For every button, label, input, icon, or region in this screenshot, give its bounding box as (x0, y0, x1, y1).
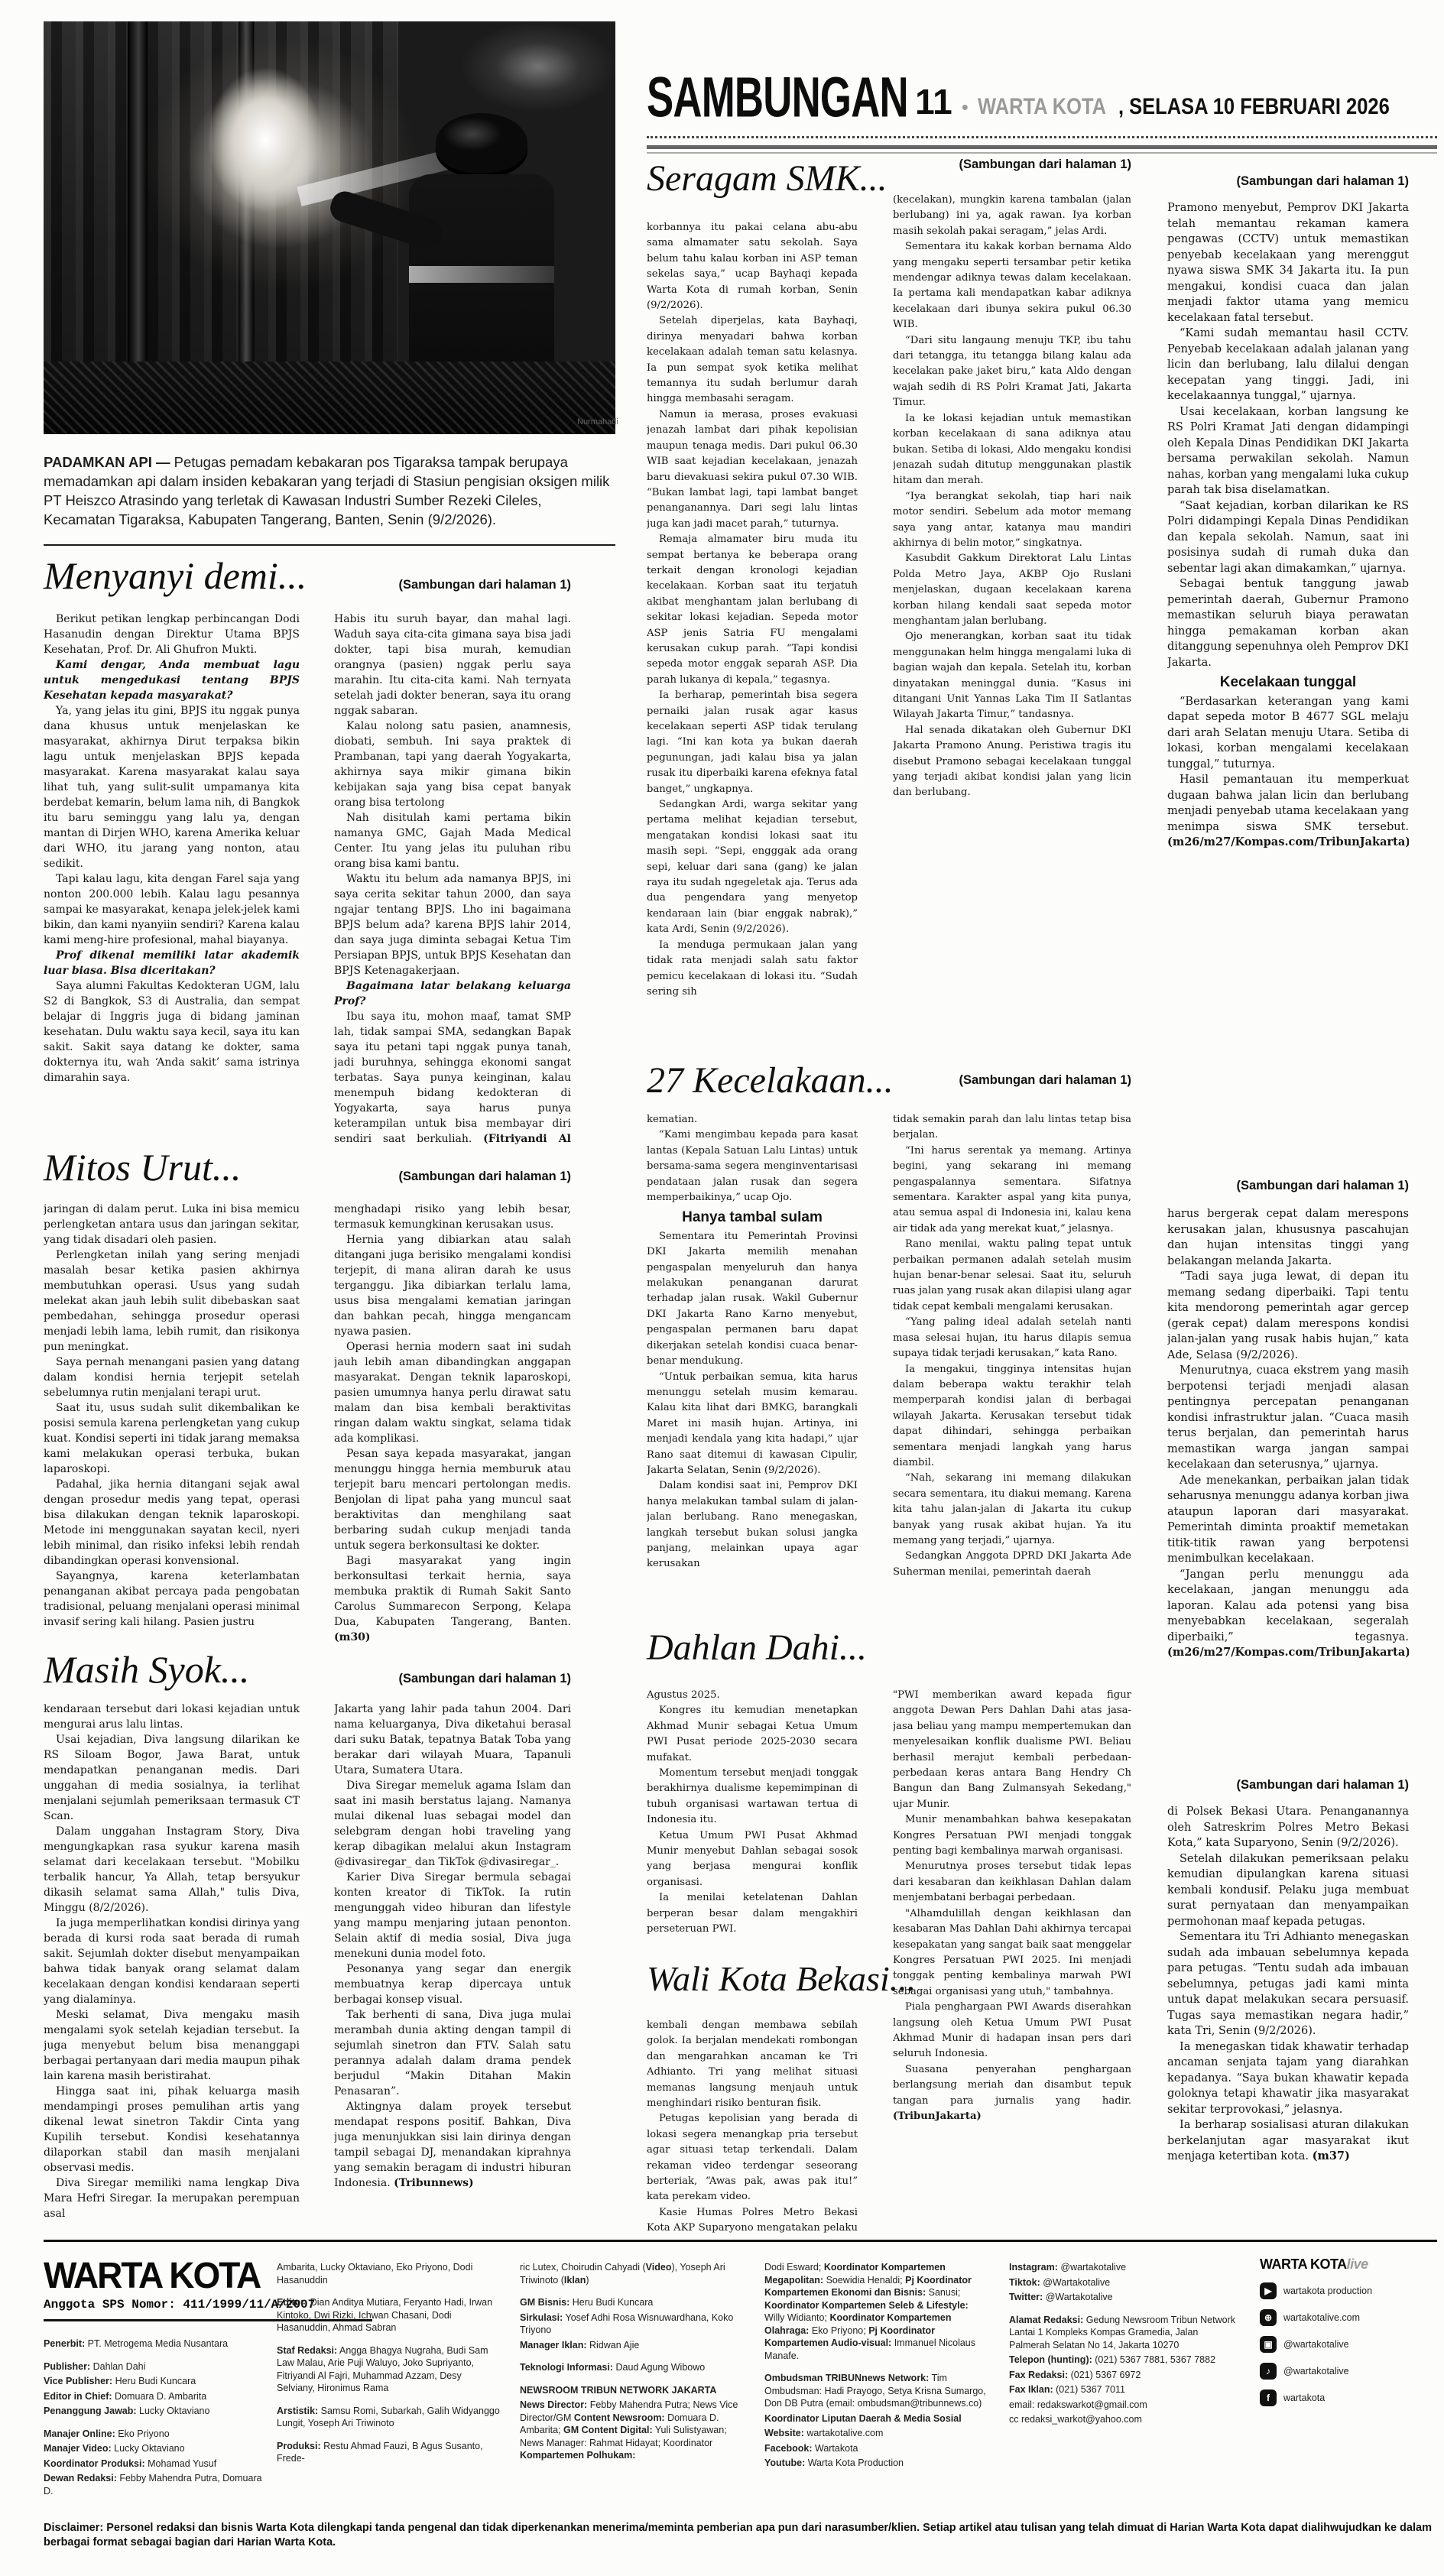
social-row-facebook: f wartakota (1260, 2389, 1437, 2406)
paragraph: Hal senada dikatakan oleh Gubernur DKI J… (893, 723, 1131, 801)
paragraph: Ombudsman TRIBUNnews Network: Tim Ombuds… (764, 2372, 990, 2410)
paragraph: Youtube: Warta Kota Production (764, 2457, 990, 2470)
paragraph: Padahal, jika hernia ditangani sejak awa… (44, 1477, 300, 1569)
masthead-column-2: Ambarita, Lucky Oktaviano, Eko Priyono, … (277, 2261, 501, 2512)
footer-rule (44, 2240, 1437, 2242)
page-number: 11 (915, 81, 952, 122)
paragraph: ric Lutex, Choirudin Cahyadi (Video), Yo… (520, 2261, 745, 2286)
paragraph: Ia menegaskan tidak khawatir terhadap an… (1167, 2039, 1409, 2118)
paragraph: Kasie Humas Polres Metro Bekasi Kota AKP… (647, 2205, 858, 2237)
paragraph: Tiktok: @Wartakotalive (1009, 2276, 1238, 2289)
paragraph: “Kami sudah memantau hasil CCTV. Penyeba… (1167, 326, 1409, 404)
paragraph: Ade menekankan, perbaikan jalan tidak se… (1167, 1473, 1409, 1567)
paragraph (520, 2289, 745, 2296)
tiktok-icon: ♪ (1260, 2363, 1277, 2380)
paragraph: kematian. (647, 1112, 858, 1127)
dahlan-column-1: Agustus 2025.Kongres itu kemudian meneta… (647, 1688, 858, 1945)
right-segment-kecelakaan: harus bergerak cepat dalam merespons ker… (1167, 1206, 1409, 1747)
paragraph: Kasubdit Gakkum Direktorat Lalu Lintas P… (893, 551, 1131, 629)
social-label: @wartakotalive (1283, 2339, 1349, 2350)
paragraph: Koordinator Produksi: Mohamad Yusuf (44, 2458, 262, 2471)
paragraph: “Untuk perbaikan semua, kita harus menun… (647, 1370, 858, 1479)
paragraph: Aktingnya dalam proyek tersebut mendapat… (334, 2099, 571, 2191)
paragraph: Dalam kondisi saat ini, Pemprov DKI hany… (647, 1478, 858, 1572)
social-brand: WARTA KOTAlive (1260, 2256, 1437, 2273)
paragraph: Usai kecelakaan, korban langsung ke RS P… (1167, 404, 1409, 498)
paragraph: email: redakswarkot@gmail.com (1009, 2399, 1238, 2412)
continuation-tag: (Sambungan dari halaman 1) (893, 1073, 1131, 1088)
paragraph: Pramono menyebut, Pemprov DKI Jakarta te… (1167, 200, 1409, 326)
social-brand-name: WARTA KOTA (1260, 2256, 1347, 2272)
paragraph: Dalam unggahan Instagram Story, Diva men… (44, 1824, 300, 1916)
paragraph: Waktu itu belum ada namanya BPJS, ini sa… (334, 871, 571, 978)
paragraph: Sedangkan Ardi, warga sekitar yang perta… (647, 797, 858, 938)
paragraph: Setelah diperjelas, kata Bayhaqi, diriny… (647, 313, 858, 407)
paragraph (277, 2337, 501, 2344)
continuation-tag: (Sambungan dari halaman 1) (893, 157, 1131, 172)
mitos-column-1: jaringan di dalam perut. Luka ini bisa m… (44, 1202, 300, 1643)
edition-date: , SELASA 10 FEBRUARI 2026 (1118, 94, 1390, 120)
section-title: SAMBUNGAN (647, 64, 908, 129)
paragraph: Ibu saya itu, mohon maaf, tamat SMP lah,… (334, 1009, 571, 1148)
paragraph: “Ini harus serentak ya memang. Artinya b… (893, 1144, 1131, 1237)
paragraph (520, 2376, 745, 2384)
right-segment-wali-kota: di Polsek Bekasi Utara. Penanganannya ol… (1167, 1804, 1409, 2238)
paragraph: Piala penghargaan PWI Awards diserahkan … (893, 2000, 1131, 2062)
paragraph: “Berdasarkan keterangan yang kami dapat … (1167, 694, 1409, 773)
paragraph (44, 2353, 262, 2360)
paragraph: Twitter: @Wartakotalive (1009, 2291, 1238, 2304)
paragraph: Sementara itu Pemerintah Provinsi DKI Ja… (647, 1229, 858, 1370)
paragraph: Bagi masyarakat yang ingin berkonsultasi… (334, 1553, 571, 1643)
paragraph: Ia berharap, pemerintah bisa segera pern… (647, 688, 858, 797)
paragraph: kendaraan tersebut dari lokasi kejadian … (44, 1702, 300, 1732)
paragraph: Vice Publisher: Heru Budi Kuncara (44, 2375, 262, 2388)
paragraph: Ojo menerangkan, korban saat itu tidak m… (893, 629, 1131, 722)
paragraph: di Polsek Bekasi Utara. Penanganannya ol… (1167, 1804, 1409, 1851)
paragraph: Bagaimana latar belakang keluarga Prof? (334, 978, 571, 1009)
paragraph: “Nah, sekarang ini memang dilakukan seca… (893, 1471, 1131, 1549)
paragraph: News Director: Febby Mahendra Putra; New… (520, 2399, 745, 2462)
paragraph: Ya, yang jelas itu gini, BPJS itu nggak … (44, 703, 300, 871)
paragraph: Munir menambahkan bahwa kesepakatan Kong… (893, 1812, 1131, 1859)
paragraph: Hernia yang dibiarkan atau salah ditanga… (334, 1232, 571, 1339)
paragraph (277, 2397, 501, 2405)
paragraph (520, 2354, 745, 2361)
paragraph: Instagram: @wartakotalive (1009, 2261, 1238, 2274)
wali-kota-column-1: kembali dengan membawa sebilah golok. Ia… (647, 2018, 858, 2237)
firefighter-reflective-stripe (409, 266, 554, 283)
paragraph: (kecelakan), mungkin karena tambalan (ja… (893, 193, 1131, 239)
photo-caption: PADAMKAN API — Petugas pemadam kebakaran… (44, 453, 615, 529)
photo-debris-floor (44, 362, 615, 434)
paragraph: Sayangnya, karena keterlambatan penangan… (44, 1569, 300, 1630)
continuation-tag: (Sambungan dari halaman 1) (334, 1672, 571, 1686)
social-label: wartakota (1283, 2393, 1325, 2403)
kecelakaan-column-1: kematian.“Kami mengimbau kepada para kas… (647, 1112, 858, 1611)
sps-membership: Anggota SPS Nomor: 411/1999/11/A/2007 (44, 2298, 315, 2312)
paragraph: Ambarita, Lucky Oktaviano, Eko Priyono, … (277, 2261, 501, 2286)
paragraph: Hasil pemantauan itu memperkuat dugaan b… (1167, 772, 1409, 851)
masthead-column-3: ric Lutex, Choirudin Cahyadi (Video), Yo… (520, 2261, 745, 2512)
caption-rule (44, 544, 615, 546)
continuation-tag: (Sambungan dari halaman 1) (1167, 1778, 1409, 1792)
paragraph: Saat itu, usus sudah sulit dikembalikan … (44, 1400, 300, 1477)
paragraph: Suasana penyerahan penghargaan berlangsu… (893, 2062, 1131, 2125)
paragraph: Ketua Umum PWI Pusat Akhmad Munir menyeb… (647, 1828, 858, 1891)
paragraph: Fax Redaksi: (021) 5367 6972 (1009, 2369, 1238, 2382)
masthead-column-4: Dodi Esward; Koordinator Kompartemen Meg… (764, 2261, 990, 2512)
paragraph: Prof dikenal memiliki latar akademik lua… (44, 948, 300, 978)
paragraph: Pesan saya kepada masyarakat, jangan men… (334, 1446, 571, 1553)
paragraph: “Tadi saya juga lewat, di depan itu mema… (1167, 1269, 1409, 1363)
paragraph: Kecelakaan tunggal (1167, 675, 1409, 691)
caption-lead: PADAMKAN API — (44, 454, 170, 470)
paragraph: harus bergerak cepat dalam merespons ker… (1167, 1206, 1409, 1269)
masthead-column-5: Instagram: @wartakotaliveTiktok: @Wartak… (1009, 2261, 1238, 2512)
paragraph: Kalau nolong satu pasien, anamnesis, dio… (334, 719, 571, 810)
menyanyi-column-1: Berikut petikan lengkap perbincangan Dod… (44, 612, 300, 1148)
paragraph: Usai kejadian, Diva langsung dilarikan k… (44, 1732, 300, 1824)
paragraph: Fax Iklan: (021) 5367 7011 (1009, 2383, 1238, 2396)
paragraph: Perlengketan inilah yang sering menjadi … (44, 1247, 300, 1355)
headline-menyanyi: Menyanyi demi... (44, 553, 307, 598)
paragraph: Ia ke lokasi kejadian untuk memastikan k… (893, 411, 1131, 489)
instagram-icon: ▣ (1260, 2336, 1277, 2353)
paragraph: Tapi kalau lagu, kita dengan Farel saja … (44, 871, 300, 948)
paragraph: Menurutnya proses tersebut tidak lepas d… (893, 1859, 1131, 1906)
social-row-website: ⊕ wartakotalive.com (1260, 2309, 1437, 2326)
paragraph: Kongres itu kemudian menetapkan Akhmad M… (647, 1703, 858, 1766)
paragraph: Menurutnya, cuaca ekstrem yang masih ber… (1167, 1363, 1409, 1473)
paragraph: Telepon (hunting): (021) 5367 7881, 5367… (1009, 2354, 1238, 2367)
paragraph: Habis itu suruh bayar, dan mahal lagi. W… (334, 612, 571, 719)
paragraph: Hingga saat ini, pihak keluarga masih me… (44, 2084, 300, 2175)
headline-masih-syok: Masih Syok... (44, 1647, 249, 1692)
masih-syok-column-2: Jakarta yang lahir pada tahun 2004. Dari… (334, 1702, 571, 2235)
paragraph: "PWI memberikan award kepada figur anggo… (893, 1688, 1131, 1812)
paragraph: Saya alumni Fakultas Kedokteran UGM, lal… (44, 978, 300, 1085)
paragraph: Produksi: Restu Ahmad Fauzi, B Agus Susa… (277, 2440, 501, 2465)
paragraph: Staf Redaksi: Angga Bhagya Nugraha, Budi… (277, 2344, 501, 2395)
paragraph: Hanya tambal sulam (647, 1210, 858, 1225)
paragraph: Jakarta yang lahir pada tahun 2004. Dari… (334, 1702, 571, 1778)
paragraph: Diva Siregar memiliki nama lengkap Diva … (44, 2175, 300, 2221)
paragraph: NEWSROOM TRIBUN NETWORK JAKARTA (520, 2384, 745, 2397)
paragraph: Momentum tersebut menjadi tonggak berakh… (647, 1766, 858, 1828)
continuation-tag: (Sambungan dari halaman 1) (1167, 1179, 1409, 1193)
paragraph: “Iya berangkat sekolah, tiap hari naik m… (893, 489, 1131, 552)
paragraph: menghadapi risiko yang lebih besar, term… (334, 1202, 571, 1232)
continuation-tag: (Sambungan dari halaman 1) (334, 578, 571, 592)
paragraph: Sirkulasi: Yosef Adhi Rosa Wisnuwardhana… (520, 2312, 745, 2337)
paragraph: Dodi Esward; Koordinator Kompartemen Meg… (764, 2261, 990, 2362)
paragraph: Alamat Redaksi: Gedung Newsroom Tribun N… (1009, 2314, 1238, 2352)
paragraph (44, 2420, 262, 2428)
paragraph: Berikut petikan lengkap perbincangan Dod… (44, 612, 300, 657)
paragraph: Ia berharap sosialisasi aturan dilakukan… (1167, 2117, 1409, 2165)
continuation-tag: (Sambungan dari halaman 1) (1167, 174, 1409, 189)
paragraph: Kami dengar, Anda membuat lagu untuk men… (44, 657, 300, 703)
dahlan-column-2: "PWI memberikan award kepada figur anggo… (893, 1688, 1131, 2237)
paragraph: Nah disitulah kami pertama bikin namanya… (334, 810, 571, 871)
seragam-column-1: korbannya itu pakai celana abu-abu sama … (647, 220, 858, 1029)
social-media-box: WARTA KOTAlive ▶ wartakota production ⊕ … (1260, 2256, 1437, 2493)
paragraph: Saya pernah menangani pasien yang datang… (44, 1355, 300, 1400)
paragraph (1009, 2306, 1238, 2314)
paper-brand: WARTA KOTA (978, 94, 1106, 120)
paragraph: Operasi hernia modern saat ini sudah jau… (334, 1339, 571, 1446)
paragraph: tidak semakin parah dan lalu lintas teta… (893, 1112, 1131, 1144)
paragraph: Agustus 2025. (647, 1688, 858, 1703)
news-photo (44, 21, 615, 434)
kecelakaan-column-2: tidak semakin parah dan lalu lintas teta… (893, 1112, 1131, 1611)
paragraph: Rano menilai, waktu paling tepat untuk p… (893, 1237, 1131, 1315)
disclaimer: Disclaimer: Personel redaksi dan bisnis … (44, 2521, 1437, 2550)
paragraph: Koordinator Liputan Daerah & Media Sosia… (764, 2412, 990, 2425)
headline-wali-kota-bekasi: Wali Kota Bekasi... (647, 1958, 916, 1999)
paragraph: Teknologi Informasi: Daud Agung Wibowo (520, 2361, 745, 2374)
newspaper-page: Nurmahadi PADAMKAN API — Petugas pemadam… (0, 0, 1444, 2576)
page-info: 11 • WARTA KOTA , SELASA 10 FEBRUARI 202… (879, 81, 1437, 122)
paragraph: Meski selamat, Diva mengaku masih mengal… (44, 2007, 300, 2084)
paragraph: Setelah dilakukan pemeriksaan pelaku kem… (1167, 1851, 1409, 1930)
paragraph: “Kami mengimbau kepada para kasat lantas… (647, 1127, 858, 1205)
paragraph: Ia mengakui, tingginya intensitas hujan … (893, 1362, 1131, 1471)
paragraph: Manajer Online: Eko Priyono (44, 2428, 262, 2441)
paragraph: Ia menduga permukaan jalan yang tidak ra… (647, 938, 858, 1001)
paragraph: Ia juga memperlihatkan kondisi dirinya y… (44, 1916, 300, 2007)
masih-syok-column-1: kendaraan tersebut dari lokasi kejadian … (44, 1702, 300, 2235)
paragraph: Pesonanya yang segar dan energik membuat… (334, 1961, 571, 2007)
paragraph: Penerbit: PT. Metrogema Media Nusantara (44, 2338, 262, 2351)
paragraph: korbannya itu pakai celana abu-abu sama … (647, 220, 858, 313)
photo-credit: Nurmahadi (577, 417, 618, 427)
paragraph: cc redaksi_warkot@yahoo.com (1009, 2413, 1238, 2426)
globe-icon: ⊕ (1260, 2309, 1277, 2326)
facebook-icon: f (1260, 2389, 1277, 2406)
paragraph: Tak berhenti di sana, Diva juga mulai me… (334, 2007, 571, 2099)
social-row-instagram: ▣ @wartakotalive (1260, 2336, 1437, 2353)
paragraph (277, 2289, 501, 2296)
paragraph: Editor in Chief: Domuara D. Ambarita (44, 2390, 262, 2403)
paragraph: Sementara itu Tri Adhianto menegaskan su… (1167, 1929, 1409, 2039)
paragraph: Ia menilai ketelatenan Dahlan berperan b… (647, 1890, 858, 1937)
social-row-tiktok: ♪ @wartakotalive (1260, 2363, 1437, 2380)
bullet-separator: • (962, 96, 969, 119)
paragraph: “Yang paling ideal adalah setelah nanti … (893, 1315, 1131, 1361)
seragam-column-2: (kecelakan), mungkin karena tambalan (ja… (893, 193, 1131, 1029)
paragraph: “Dari situ langaung menuju TKP, ibu tahu… (893, 333, 1131, 411)
paragraph: Penanggung Jawab: Lucky Oktaviano (44, 2405, 262, 2418)
paragraph: “Jangan perlu menunggu ada kecelakaan, j… (1167, 1567, 1409, 1661)
paragraph: Arstistik: Samsu Romi, Subarkah, Galih W… (277, 2405, 501, 2430)
paragraph: Namun ia merasa, proses evakuasi jenazah… (647, 407, 858, 532)
social-label: wartakotalive.com (1283, 2312, 1360, 2323)
header-thin-rule (647, 152, 1437, 154)
paragraph: Sedangkan Anggota DPRD DKI Jakarta Ade S… (893, 1549, 1131, 1580)
headline-dahlan-dahi: Dahlan Dahi... (647, 1627, 867, 1669)
header-thick-rule (647, 145, 1437, 149)
social-brand-suffix: live (1347, 2256, 1368, 2272)
paragraph: GM Bisnis: Heru Budi Kuncara (520, 2296, 745, 2309)
headline-seragam-smk: Seragam SMK... (647, 157, 887, 200)
mitos-column-2: menghadapi risiko yang lebih besar, term… (334, 1202, 571, 1643)
paragraph: Facebook: Wartakota (764, 2442, 990, 2455)
paragraph: Petugas kepolisian yang berada di lokasi… (647, 2111, 858, 2205)
paragraph: jaringan di dalam perut. Luka ini bisa m… (44, 1202, 300, 1247)
social-label: @wartakotalive (1283, 2366, 1349, 2376)
headline-mitos: Mitos Urut... (44, 1145, 241, 1189)
menyanyi-column-2: Habis itu suruh bayar, dan mahal lagi. W… (334, 612, 571, 1148)
masthead-column-1: Penerbit: PT. Metrogema Media NusantaraP… (44, 2338, 262, 2512)
paragraph (764, 2364, 990, 2372)
paragraph: Editor: Dian Anditya Mutiara, Feryanto H… (277, 2296, 501, 2334)
paragraph: "Alhamdulillah dengan keikhlasan dan kes… (893, 1906, 1131, 2000)
paragraph: Manajer Video: Lucky Oktaviano (44, 2442, 262, 2455)
paragraph: Sebagai bentuk tanggung jawab pemerintah… (1167, 576, 1409, 670)
firefighter-helmet (436, 113, 527, 173)
paragraph: Dewan Redaksi: Febby Mahendra Putra, Dom… (44, 2472, 262, 2497)
paragraph (277, 2432, 501, 2440)
right-segment-seragam: Pramono menyebut, Pemprov DKI Jakarta te… (1167, 200, 1409, 1148)
youtube-icon: ▶ (1260, 2282, 1277, 2299)
header-dotted-rule (647, 136, 1437, 138)
paragraph: Publisher: Dahlan Dahi (44, 2360, 262, 2373)
paragraph: Diva Siregar memeluk agama Islam dan saa… (334, 1778, 571, 1870)
footer-logo: WARTA KOTA (44, 2253, 260, 2297)
headline-27-kecelakaan: 27 Kecelakaan... (647, 1059, 894, 1101)
paragraph: Karier Diva Siregar bermula sebagai kont… (334, 1870, 571, 1961)
social-label: wartakota production (1283, 2286, 1372, 2296)
continuation-tag: (Sambungan dari halaman 1) (334, 1170, 571, 1184)
paragraph: Sementara itu kakak korban bernama Aldo … (893, 239, 1131, 333)
paragraph: Website: wartakotalive.com (764, 2427, 990, 2440)
paragraph: “Saat kejadian, korban dilarikan ke RS P… (1167, 498, 1409, 577)
social-row-youtube: ▶ wartakota production (1260, 2282, 1437, 2299)
paragraph: kembali dengan membawa sebilah golok. Ia… (647, 2018, 858, 2111)
paragraph: Manager Iklan: Ridwan Ajie (520, 2339, 745, 2352)
paragraph: Remaja almamater biru muda itu sempat be… (647, 532, 858, 688)
